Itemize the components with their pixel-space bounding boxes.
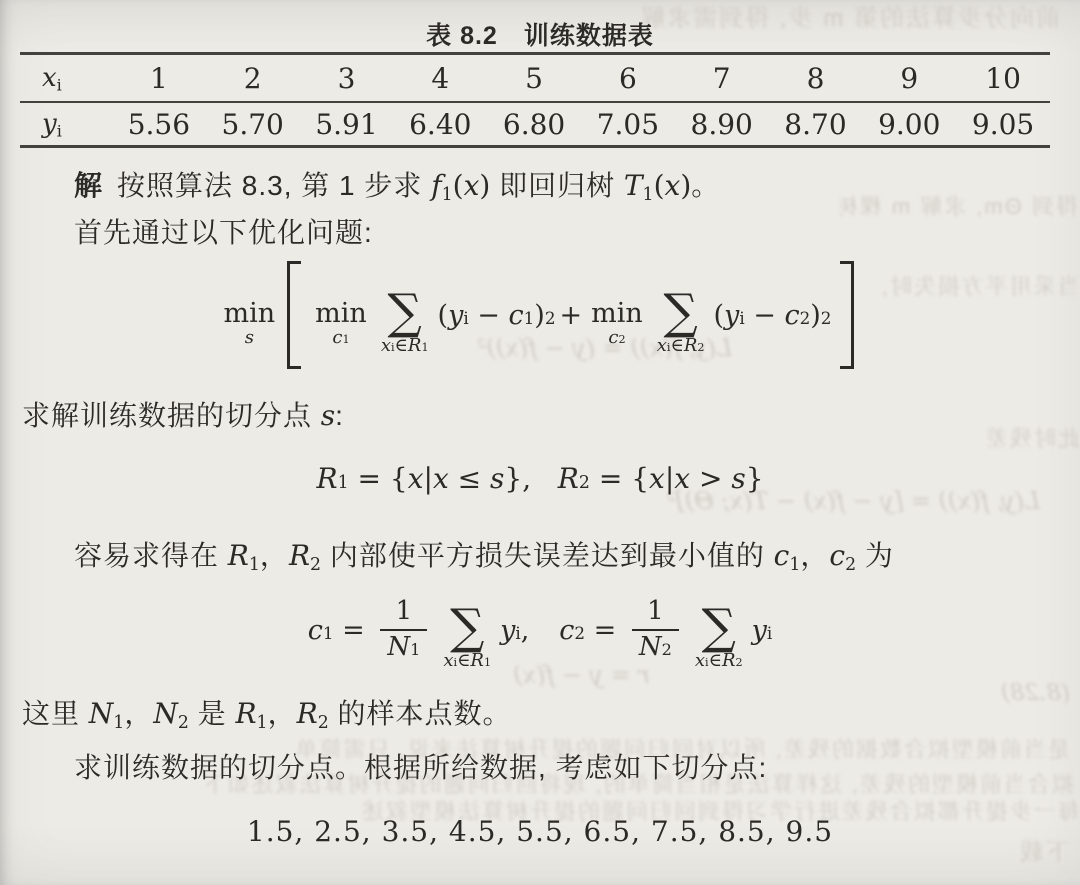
formula-min-split: min s min c1 ∑ xi∈R1 (yi − c1)2 + min c2… (0, 262, 1080, 368)
text-run: N (387, 633, 410, 663)
text-run: ( (438, 300, 449, 331)
table-caption-title: 训练数据表 (524, 16, 654, 52)
c1-rhs: yi, (500, 615, 529, 646)
text-run: 2 (697, 342, 704, 353)
text-run: } (746, 462, 764, 495)
text-run: x (649, 462, 665, 495)
text-run: : (335, 400, 344, 431)
text-run: 2 (310, 555, 321, 575)
text-run: 1 (342, 334, 349, 345)
text-run: 求训练数据的切分点。根据所给数据, 考虑如下切分点: (74, 752, 767, 783)
row-var-sub: i (57, 121, 62, 140)
text-run: c (332, 329, 342, 347)
text-run: y (724, 300, 739, 331)
text-run: x (674, 462, 690, 495)
text-run: ≤ (449, 462, 490, 495)
min-operator-c1: min c1 (315, 284, 367, 347)
text-run: ) (680, 169, 691, 202)
para-consider-splits: 求训练数据的切分点。根据所给数据, 考虑如下切分点: (74, 750, 767, 786)
text-run: 1 (410, 641, 420, 660)
text-run: 为 (856, 540, 894, 571)
text-run: 1 (421, 342, 428, 353)
fraction-n2: 1 N2 (632, 597, 679, 663)
text-run: ( (654, 169, 665, 202)
text-run: = (334, 615, 374, 646)
sigma-symbol: ∑ (664, 291, 698, 333)
text-run: s (490, 462, 504, 495)
table-cell: 7.05 (581, 108, 675, 141)
text-run: x (408, 462, 424, 495)
fraction-numerator: 1 (640, 597, 671, 629)
table-cell: 3 (300, 62, 394, 95)
text-run: ∈ (709, 652, 722, 670)
squared-term-c1: (yi − c1)2 (438, 300, 556, 331)
text-run: 2 (545, 308, 556, 328)
text-run: ， (268, 698, 297, 729)
row-var: x (42, 63, 57, 93)
text-run: 1 (113, 713, 124, 733)
text-run: s (321, 399, 335, 432)
text-run: x (443, 652, 453, 670)
text-run: 解 (74, 170, 103, 201)
summation-limits: xi∈R1 (381, 337, 429, 355)
c2-rhs: yi (752, 615, 773, 646)
text-run: R (289, 539, 310, 572)
text-run: R (297, 697, 318, 730)
text-run: R (228, 539, 249, 572)
row-label-xi: xi (20, 62, 112, 95)
bleed-through-artifact: 此时残差 (985, 424, 1080, 454)
min-operator-c2: min c2 (591, 284, 643, 347)
text-run: 按照算法 8.3, 第 1 步求 (117, 170, 431, 201)
fraction-denominator: N1 (380, 629, 427, 663)
table-cell: 8.70 (769, 108, 863, 141)
text-run: x (657, 337, 667, 355)
text-run: | (424, 462, 433, 495)
text-run: 1 (323, 623, 334, 643)
bracket-left (287, 261, 301, 369)
text-run: ) (479, 169, 490, 202)
text-run: R (408, 337, 422, 355)
text-run: 1 (789, 555, 800, 575)
para-solve-intro: 解按照算法 8.3, 第 1 步求 f1(x) 即回归树 T1(x)。 (74, 168, 720, 213)
training-data-table: xi 1 2 3 4 5 6 7 8 9 10 yi 5.56 5.70 5.9… (20, 52, 1050, 148)
text-run: x (665, 169, 681, 202)
text-run: 2 (579, 473, 590, 493)
text-run: c (559, 615, 574, 646)
text-run: ) (810, 300, 821, 331)
row-var: y (42, 109, 57, 139)
fraction-numerator: 1 (389, 597, 420, 629)
para-first-problem: 首先通过以下优化问题: (74, 215, 373, 251)
table-caption-number: 表 8.2 (426, 16, 498, 52)
text-run: y (448, 300, 463, 331)
table-row-y: yi 5.56 5.70 5.91 6.40 6.80 7.05 8.90 8.… (20, 101, 1050, 145)
text-run: = { (590, 462, 649, 495)
text-run: s (245, 329, 254, 347)
text-run: 这里 (22, 698, 89, 729)
table-cell: 6 (581, 62, 675, 95)
row-label-yi: yi (20, 108, 112, 141)
text-run: 的样本点数。 (329, 698, 512, 729)
bracket-right (840, 261, 854, 369)
table-cell: 8 (769, 62, 863, 95)
text-run: x (464, 169, 480, 202)
para-sample-counts: 这里 N1，N2 是 R1，R2 的样本点数。 (22, 696, 512, 741)
text-run: ， (260, 540, 289, 571)
min-label: min (315, 300, 367, 327)
sigma-symbol: ∑ (388, 291, 422, 333)
text-run: c (308, 615, 323, 646)
text-run: 是 (189, 698, 236, 729)
text-run: ( (453, 169, 464, 202)
text-run: N (639, 633, 662, 663)
table-cell: 6.80 (487, 108, 581, 141)
min-label: min (591, 300, 643, 327)
text-run: ∈ (457, 652, 470, 670)
table-cell: 5 (487, 62, 581, 95)
text-run: 1 (524, 308, 535, 328)
text-run: T (624, 169, 643, 202)
text-run: ) (534, 300, 545, 331)
formula-c1-c2: c1 = 1 N1 ∑ xi∈R1 yi, c2 = 1 N2 ∑ xi∈R2 … (0, 584, 1080, 676)
table-cell: 2 (206, 62, 300, 95)
table-cell: 6.40 (393, 108, 487, 141)
text-run: 首先通过以下优化问题: (74, 217, 373, 248)
text-run: > (690, 462, 731, 495)
text-run: 内部使平方损失误差达到最小值的 (321, 540, 774, 571)
text-run: N (153, 697, 178, 730)
sigma-symbol: ∑ (450, 606, 484, 648)
bleed-through-artifact: 得到 Θm, 求解 m 棵树的参数 (840, 192, 1078, 222)
text-run: N (89, 697, 114, 730)
text-run: }, (504, 462, 557, 495)
squared-term-c2: (yi − c2)2 (714, 300, 832, 331)
text-run: c (829, 539, 845, 572)
table-cell: 9.00 (862, 108, 956, 141)
table-cell: 4 (393, 62, 487, 95)
text-run: 1 (643, 185, 654, 205)
table-cell: 5.56 (112, 108, 206, 141)
table-cell: 10 (956, 62, 1050, 95)
text-run: 2 (736, 657, 743, 668)
text-run: 1 (338, 473, 349, 493)
plus-operator: + (560, 300, 583, 331)
c1-lhs: c1 = (308, 615, 374, 646)
text-run: 1 (442, 185, 453, 205)
table-cell: 7 (675, 62, 769, 95)
text-run: 。 (691, 170, 720, 201)
table-cell: 5.91 (300, 108, 394, 141)
text-run: 1 (484, 657, 491, 668)
summation-r1: ∑ xi∈R1 (443, 590, 491, 670)
text-run: R (558, 462, 579, 495)
table-caption: 表 8.2 训练数据表 (0, 16, 1080, 52)
text-run: = (585, 615, 625, 646)
c2-lhs: c2 = (559, 615, 625, 646)
summation-r2: ∑ xi∈R2 (657, 275, 705, 355)
min-operator-s: min s (224, 284, 276, 347)
text-run: R (316, 462, 337, 495)
text-run: x (433, 462, 449, 495)
sigma-symbol: ∑ (702, 606, 736, 648)
table-cell: 9.05 (956, 108, 1050, 141)
text-run: c (608, 329, 618, 347)
text-run: x (695, 652, 705, 670)
text-run: 1 (257, 713, 268, 733)
book-page: 前向分步算法的第 m 步, 得到需求解 得到 Θm, 求解 m 棵树的参数 当采… (0, 0, 1080, 885)
summation-limits: xi∈R2 (695, 652, 743, 670)
text-run: 2 (574, 623, 585, 643)
text-run: ， (124, 698, 153, 729)
text-run: 2 (178, 713, 189, 733)
fraction-denominator: N2 (632, 629, 679, 663)
cut-point-candidates: 1.5, 2.5, 3.5, 4.5, 5.5, 6.5, 7.5, 8.5, … (0, 815, 1080, 848)
text-run: s (731, 462, 745, 495)
min-under: c1 (332, 329, 349, 347)
text-run: R (684, 337, 698, 355)
min-under: c2 (608, 329, 625, 347)
summation-limits: xi∈R1 (443, 652, 491, 670)
para-seek-split-point: 求解训练数据的切分点 s: (22, 398, 344, 434)
text-run: c (774, 539, 790, 572)
text-run: , (521, 615, 530, 646)
text-run: | (665, 462, 674, 495)
summation-r1: ∑ xi∈R1 (381, 275, 429, 355)
table-cell: 8.90 (675, 108, 769, 141)
text-run: ∈ (395, 337, 408, 355)
text-run: ， (800, 540, 829, 571)
text-run: 即回归树 (490, 170, 624, 201)
min-under: s (245, 329, 254, 347)
text-run: x (381, 337, 391, 355)
table-row-x: xi 1 2 3 4 5 6 7 8 9 10 (20, 55, 1050, 101)
text-run: 容易求得在 (74, 540, 228, 571)
text-run: − (745, 300, 785, 331)
text-run: 2 (821, 308, 832, 328)
summation-r2: ∑ xi∈R2 (695, 590, 743, 670)
text-run: R (722, 652, 736, 670)
regions-expression: R1 = {x|x ≤ s}, R2 = {x|x > s} (316, 462, 763, 495)
text-run: ( (714, 300, 725, 331)
text-run: 2 (318, 713, 329, 733)
bleed-through-artifact: (8.28) (985, 678, 1070, 708)
text-run: 2 (618, 334, 625, 345)
text-run: y (500, 615, 515, 646)
text-run: 2 (845, 555, 856, 575)
text-run: 1 (249, 555, 260, 575)
table-cell: 5.70 (206, 108, 300, 141)
min-label: min (224, 300, 276, 327)
text-run: f (431, 169, 441, 202)
formula-regions: R1 = {x|x ≤ s}, R2 = {x|x > s} (0, 455, 1080, 501)
summation-limits: xi∈R2 (657, 337, 705, 355)
row-var-sub: i (57, 75, 62, 94)
text-run: − (469, 300, 509, 331)
fraction-n1: 1 N1 (380, 597, 427, 663)
para-easy-minimum: 容易求得在 R1，R2 内部使平方损失误差达到最小值的 c1，c2 为 (74, 538, 894, 583)
text-run: = { (349, 462, 408, 495)
text-run: y (752, 615, 767, 646)
text-run: 2 (800, 308, 811, 328)
text-run: R (235, 697, 256, 730)
text-run: 2 (662, 641, 672, 660)
table-cell: 1 (112, 62, 206, 95)
text-run: ∈ (671, 337, 684, 355)
text-run: 求解训练数据的切分点 (22, 400, 321, 431)
text-run: i (767, 623, 772, 643)
table-cell: 9 (862, 62, 956, 95)
text-run: c (509, 300, 524, 331)
text-run: c (784, 300, 799, 331)
text-run: R (470, 652, 484, 670)
